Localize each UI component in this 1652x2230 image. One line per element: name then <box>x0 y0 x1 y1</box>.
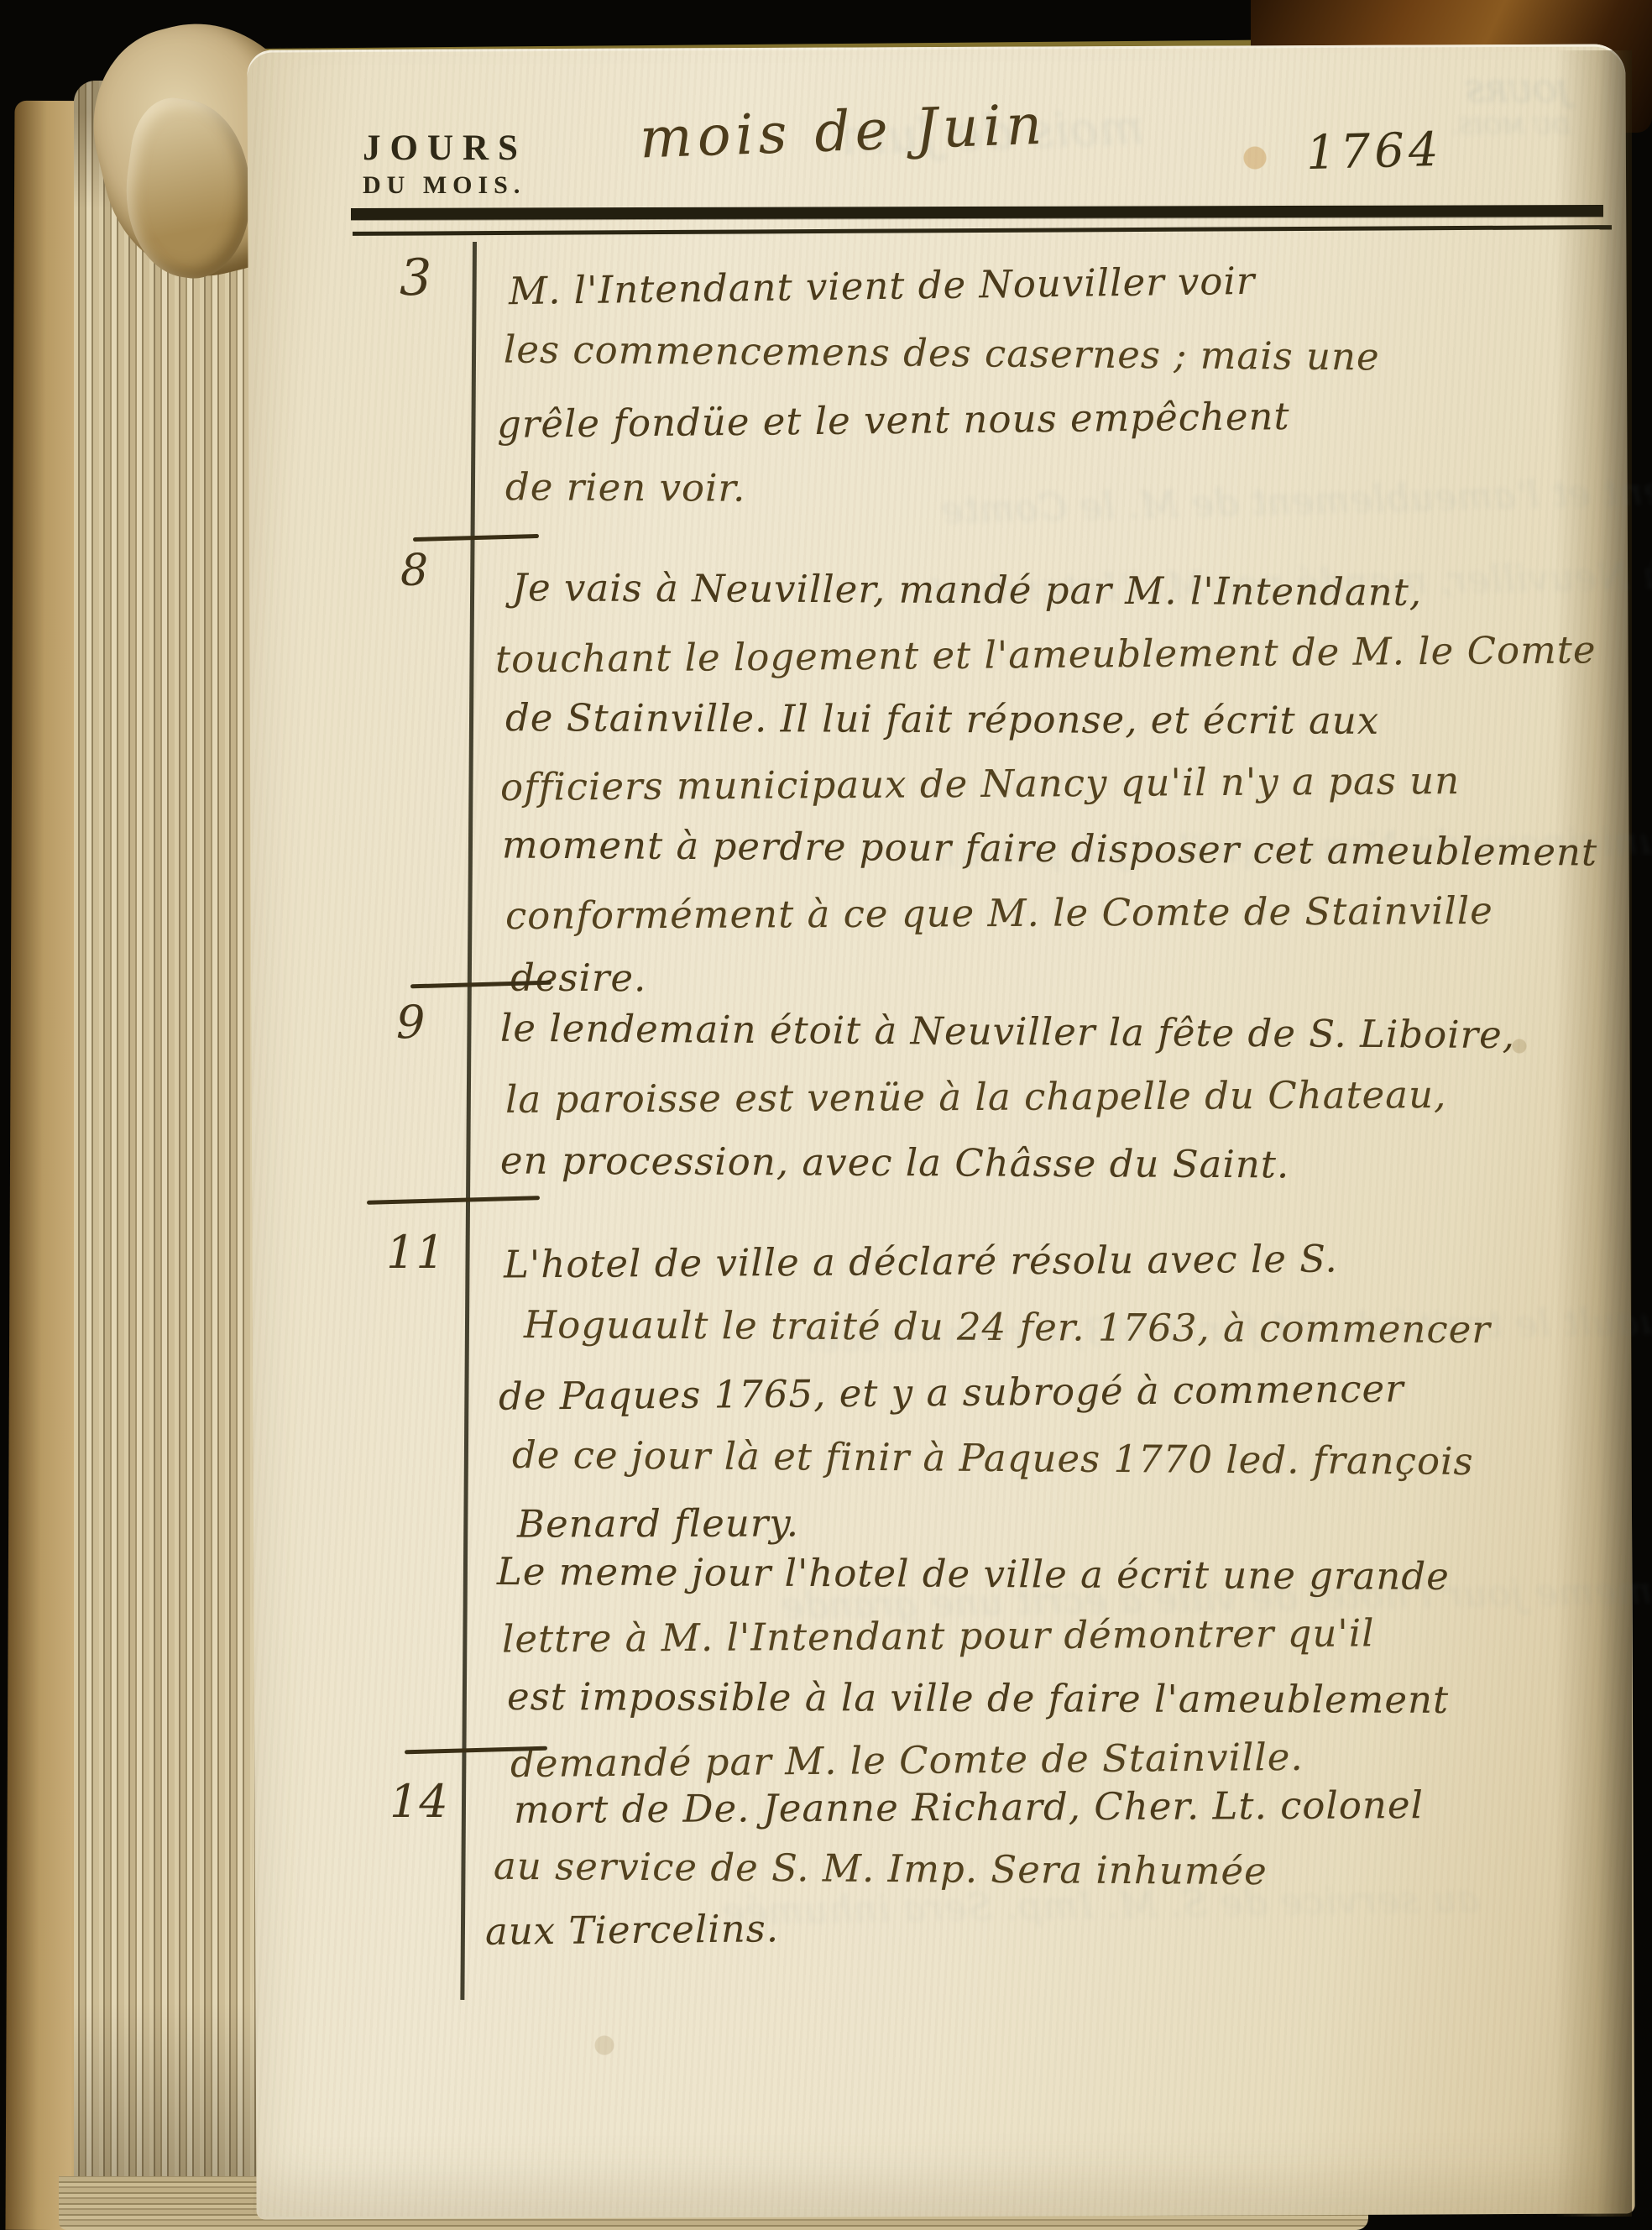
entry-line: mort de De. Jeanne Richard, Cher. Lt. co… <box>514 1782 1424 1832</box>
entry-line: L'hotel de ville a déclaré résolu avec l… <box>504 1237 1338 1287</box>
printed-days-label-line1: JOURS <box>363 128 527 169</box>
entry-line: Benard fleury. <box>517 1500 799 1546</box>
entry-line: aux Tiercelins. <box>485 1906 780 1954</box>
day-number: 8 <box>400 546 429 596</box>
entry-line: officiers municipaux de Nancy qu'il n'y … <box>500 758 1461 809</box>
day-number: 14 <box>389 1775 449 1828</box>
entry-line: de rien voir. <box>505 464 746 510</box>
entry-line: Le meme jour l'hotel de ville a écrit un… <box>497 1549 1450 1599</box>
entry-line: de Paques 1765, et y a subrogé à commenc… <box>499 1366 1404 1418</box>
entry-line: grêle fondüe et le vent nous empêchent <box>497 394 1290 447</box>
entry-line: en procession, avec la Châsse du Saint. <box>500 1139 1289 1187</box>
day-number: 11 <box>386 1226 446 1279</box>
gutter-shadow <box>1555 50 1632 2217</box>
entry-line: de Stainville. Il lui fait réponse, et é… <box>505 695 1379 743</box>
entry-line: desire. <box>510 955 647 1001</box>
entry-line: Je vais à Neuviller, mandé par M. l'Inte… <box>512 565 1422 615</box>
entry-line: de ce jour là et finir à Paques 1770 led… <box>512 1432 1474 1484</box>
manuscript-journal-photo: JOURS DU MOIS. mois de Juin 1764 JOURSDU… <box>0 0 1652 2230</box>
entry-line: la paroisse est venüe à la chapelle du C… <box>505 1072 1447 1122</box>
entry-line: les commencemens des casernes ; mais une <box>504 327 1380 379</box>
entry-line: demandé par M. le Comte de Stainville. <box>510 1735 1304 1786</box>
entry-line: est impossible à la ville de faire l'ame… <box>507 1674 1449 1722</box>
entry-line: conformément à ce que M. le Comte de Sta… <box>505 888 1493 938</box>
entry-line: moment à perdre pour faire disposer cet … <box>502 822 1597 874</box>
entry-line: le lendemain étoit à Neuviller la fête d… <box>500 1006 1515 1057</box>
entry-line: Hoguault le traité du 24 fer. 1763, à co… <box>524 1302 1491 1352</box>
entry-line: au service de S. M. Imp. Sera inhumée <box>494 1844 1268 1893</box>
entry-line: lettre à M. l'Intendant pour démontrer q… <box>502 1610 1375 1661</box>
day-number: 3 <box>400 249 432 307</box>
day-number: 9 <box>396 996 426 1049</box>
printed-days-label-line2: DU MOIS. <box>363 171 525 200</box>
year-label: 1764 <box>1305 123 1443 181</box>
